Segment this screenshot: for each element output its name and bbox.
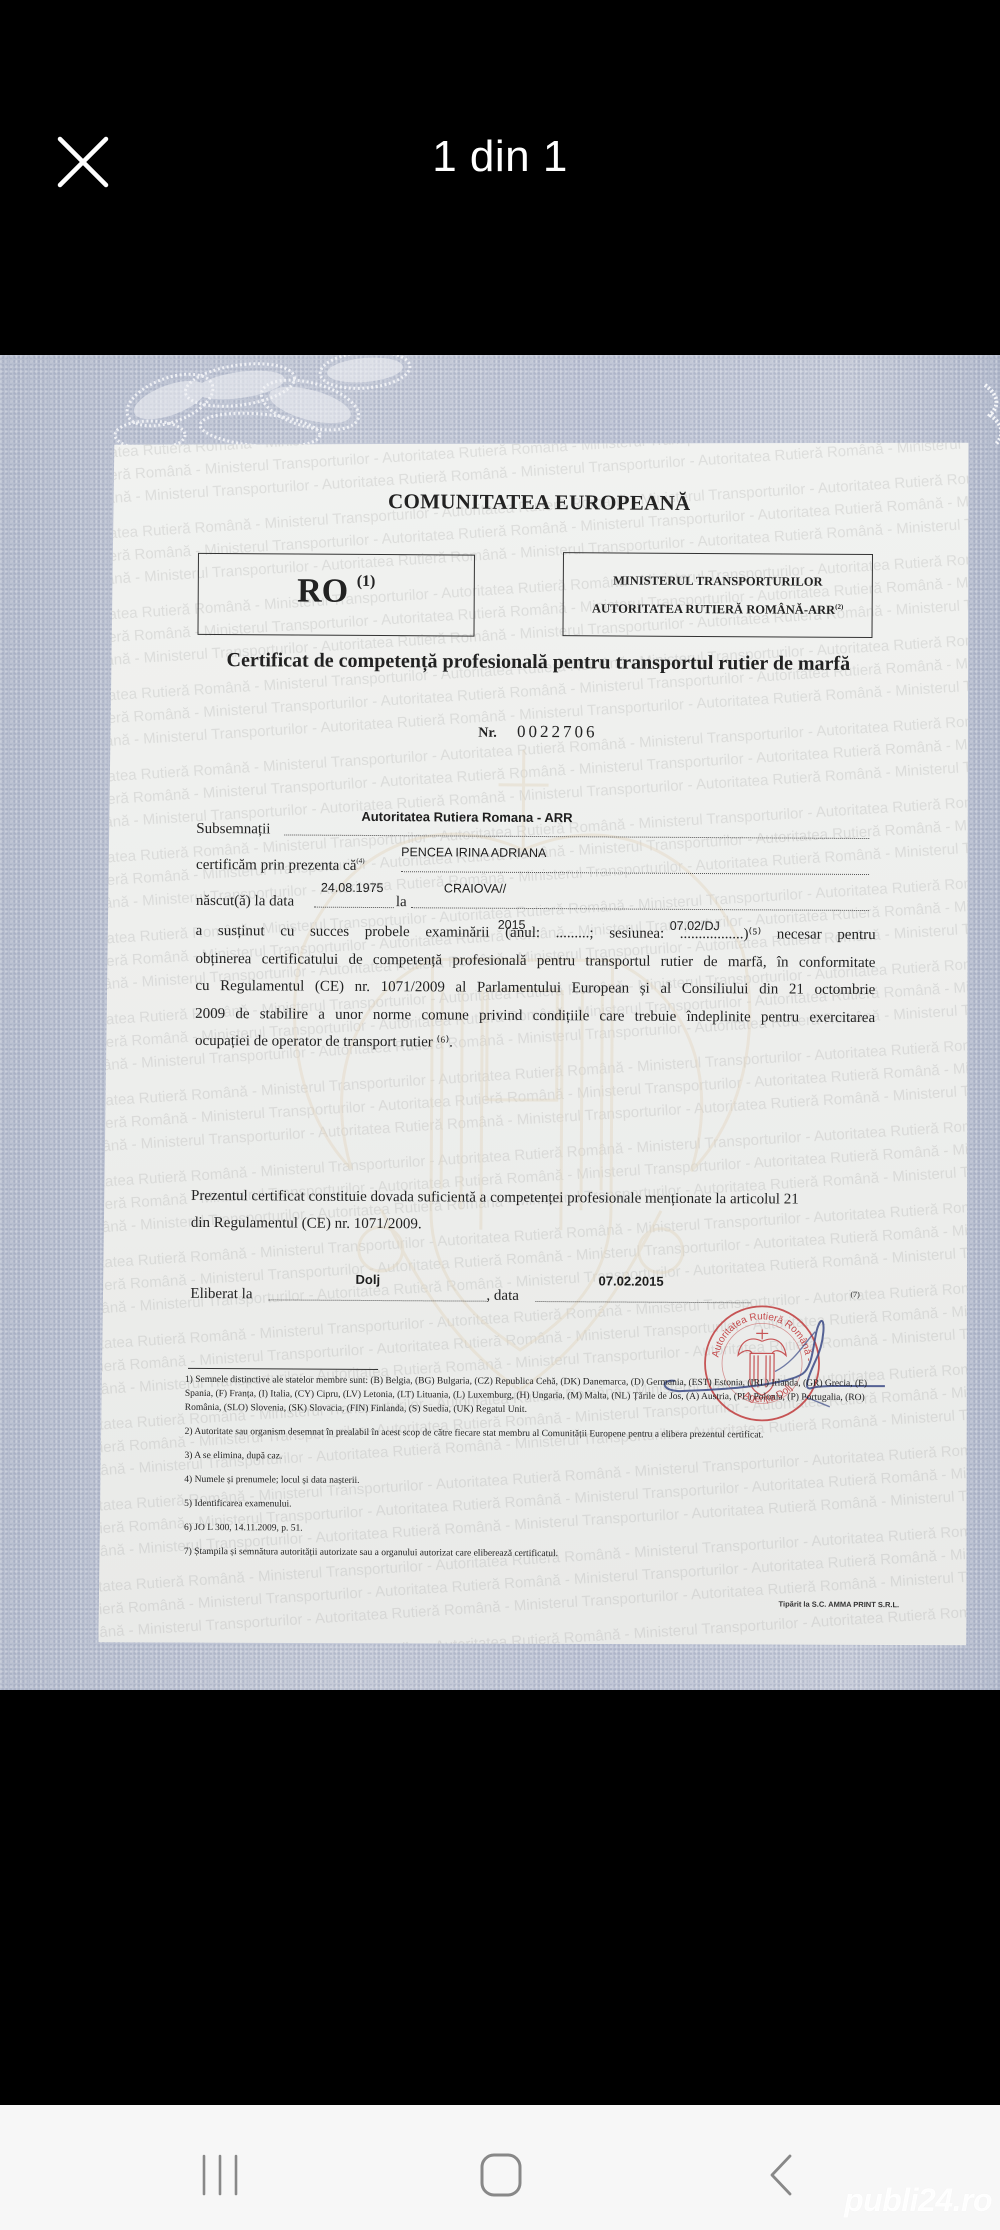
issued-at: Dolj <box>356 1272 381 1287</box>
issue-date: 07.02.2015 <box>598 1273 663 1288</box>
home-icon <box>478 2153 524 2197</box>
body-line: cu Regulamentul (CE) nr. 1071/2009 al Pa… <box>195 973 875 1005</box>
birth-place: CRAIOVA// <box>444 881 506 895</box>
body-line: ocupației de operator de transport rutie… <box>195 1028 875 1060</box>
undersigned-label: Subsemnații <box>196 821 270 838</box>
certify-note: (4) <box>356 857 364 865</box>
footnotes: 1) Semnele distinctive ale statelor memb… <box>184 1373 885 1573</box>
body-line: 2009 de stabilire a unor norme comune pr… <box>195 1000 875 1032</box>
certificate-number: Nr. 0022706 <box>104 719 972 744</box>
ministry-name: MINISTERUL TRANSPORTURILOR <box>564 573 872 590</box>
footnote-separator <box>188 1368 378 1370</box>
certification-body: a susținut cu succes probele examinării … <box>195 918 876 1060</box>
printer-credit: Tipărit la S.C. AMMA PRINT S.R.L. <box>779 1599 900 1609</box>
image-counter: 1 din 1 <box>0 132 1000 182</box>
statement-line: din Regulamentul (CE) nr. 1071/2009. <box>191 1210 881 1241</box>
country-code-note: (1) <box>357 573 376 590</box>
footnote-item: 1) Semnele distinctive ale statelor memb… <box>185 1373 885 1419</box>
field-holder: certificăm prin prezenta că(4) PENCEA IR… <box>196 854 869 878</box>
footnote-item: 2) Autoritate sau organism desemnat în p… <box>185 1425 885 1443</box>
birth-date: 24.08.1975 <box>321 881 384 895</box>
lace-doily-edge-decoration <box>975 380 1000 450</box>
issued-at-label: Eliberat la <box>190 1286 252 1303</box>
home-button[interactable] <box>478 2153 524 2197</box>
date-label: , data <box>486 1288 519 1305</box>
site-watermark: publi24.ro <box>844 2182 992 2219</box>
issuing-authority-box: MINISTERUL TRANSPORTURILOR AUTORITATEA R… <box>562 552 873 638</box>
certificate-document: Autoritatea Rutieră Română - Ministerul … <box>98 437 973 1647</box>
recents-icon <box>198 2153 242 2197</box>
footnote-item: 4) Numele și prenumele; locul și data na… <box>184 1473 884 1491</box>
body-line: a susținut cu succes probele examinării … <box>196 918 876 950</box>
certify-label: certificăm prin prezenta că <box>196 857 356 874</box>
viewer-top-bar: 1 din 1 <box>0 0 1000 355</box>
field-birth: născut(ă) la data 24.08.1975 la CRAIOVA/… <box>196 890 869 914</box>
footnote-item: 5) Identificarea examenului. <box>184 1497 884 1515</box>
field-undersigned: Subsemnații Autoritatea Rutiera Romana -… <box>196 818 869 842</box>
lace-doily-decoration <box>110 355 420 455</box>
number-label: Nr. <box>478 726 497 741</box>
holder-name: PENCEA IRINA ADRIANA <box>401 845 546 860</box>
system-navigation-bar: publi24.ro <box>0 2105 1000 2230</box>
place-label: la <box>396 894 407 911</box>
authority-name: AUTORITATEA RUTIERĂ ROMÂNĂ-ARR <box>592 601 835 616</box>
body-line: obținerea certificatului de competență p… <box>195 945 875 977</box>
footnote-item: 6) JO L 300, 14.11.2009, p. 51. <box>184 1521 884 1539</box>
signature-note: (7) <box>850 1290 859 1299</box>
sufficiency-statement: Prezentul certificat constituie dovada s… <box>191 1183 881 1241</box>
certificate-title: Certificat de competență profesională pe… <box>174 648 902 676</box>
undersigned-value: Autoritatea Rutiera Romana - ARR <box>361 809 572 825</box>
footnote-item: 3) A se elimina, după caz. <box>184 1449 884 1467</box>
statement-line: Prezentul certificat constituie dovada s… <box>191 1183 881 1214</box>
born-label: născut(ă) la data <box>196 893 294 911</box>
authority-note: (2) <box>835 603 843 611</box>
back-button[interactable] <box>766 2153 796 2197</box>
photo-viewer-image[interactable]: Autoritatea Rutieră Română - Ministerul … <box>0 355 1000 1690</box>
country-code-box: RO (1) <box>197 553 474 637</box>
number-value: 0022706 <box>517 722 598 741</box>
back-icon <box>766 2153 796 2197</box>
footnote-item: 7) Ștampila și semnătura autorității aut… <box>184 1545 884 1563</box>
recents-button[interactable] <box>198 2153 242 2197</box>
country-code: RO <box>297 573 348 610</box>
document-heading: COMUNITATEA EUROPEANĂ <box>105 487 973 517</box>
